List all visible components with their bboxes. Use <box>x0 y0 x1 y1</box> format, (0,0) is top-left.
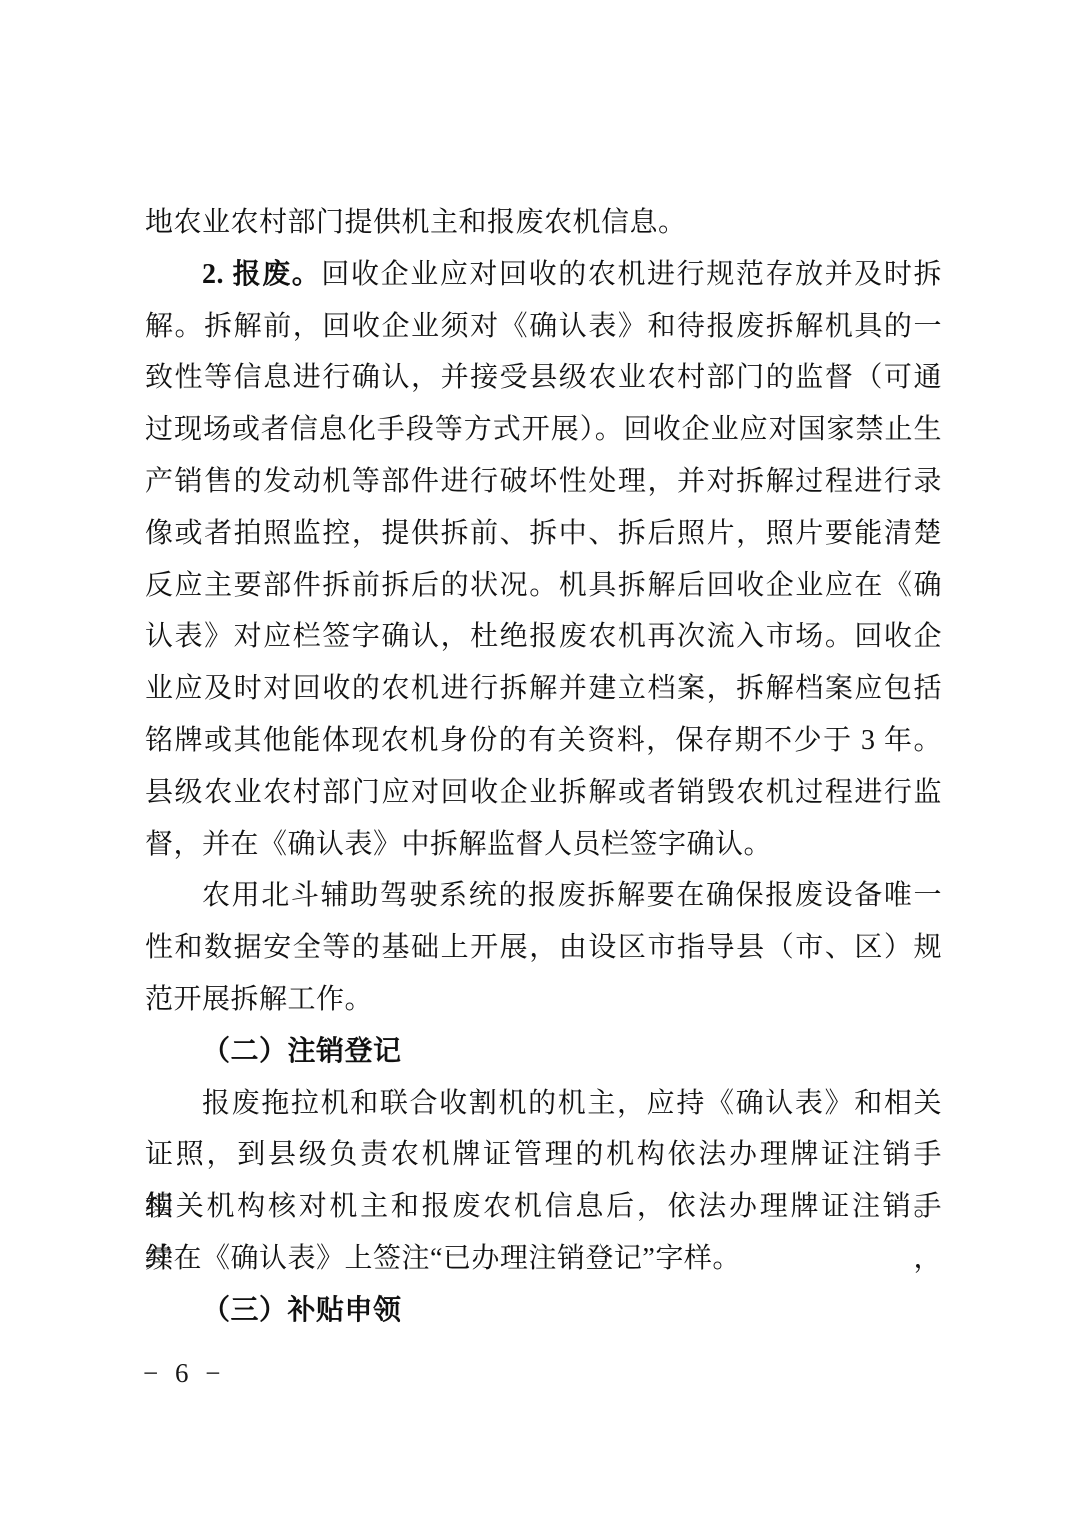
body-text: 认表》对应栏签字确认，杜绝报废农机再次流入市场。回收企 <box>145 621 942 652</box>
text-line: 督，并在《确认表》中拆解监督人员栏签字确认。 <box>145 819 942 871</box>
text-line: 致性等信息进行确认，并接受县级农业农村部门的监督（可通 <box>145 352 942 404</box>
emphasized-text: 2. 报废。 <box>202 259 321 290</box>
text-line: 反应主要部件拆前拆后的状况。机具拆解后回收企业应在《确 <box>145 560 942 612</box>
text-line: 范开展拆解工作。 <box>145 974 942 1026</box>
body-text: 报废拖拉机和联合收割机的机主，应持《确认表》和相关 <box>202 1088 942 1119</box>
text-line: 产销售的发动机等部件进行破坏性处理，并对拆解过程进行录 <box>145 456 942 508</box>
text-line: 铭牌或其他能体现农机身份的有关资料，保存期不少于 3 年。 <box>145 715 942 767</box>
text-line: 解。拆解前，回收企业须对《确认表》和待报废拆解机具的一 <box>145 301 942 353</box>
body-text: 解。拆解前，回收企业须对《确认表》和待报废拆解机具的一 <box>145 311 942 342</box>
document-body: 地农业农村部门提供机主和报废农机信息。2. 报废。回收企业应对回收的农机进行规范… <box>145 197 942 1337</box>
section-heading: （三）补贴申领 <box>145 1285 942 1337</box>
body-text: 致性等信息进行确认，并接受县级农业农村部门的监督（可通 <box>145 362 942 393</box>
text-line: 性和数据安全等的基础上开展，由设区市指导县（市、区）规 <box>145 922 942 974</box>
text-line: 业应及时对回收的农机进行拆解并建立档案，拆解档案应包括 <box>145 663 942 715</box>
body-text: 县级农业农村部门应对回收企业拆解或者销毁农机过程进行监 <box>145 777 942 808</box>
body-text: 农用北斗辅助驾驶系统的报废拆解要在确保报废设备唯一 <box>202 880 942 911</box>
text-line: 地农业农村部门提供机主和报废农机信息。 <box>145 197 942 249</box>
page-number: − 6 − <box>143 1356 222 1390</box>
body-text: 过现场或者信息化手段等方式开展）。回收企业应对国家禁止生 <box>145 414 942 445</box>
body-text: 像或者拍照监控，提供拆前、拆中、拆后照片，照片要能清楚 <box>145 518 942 549</box>
text-line: 农用北斗辅助驾驶系统的报废拆解要在确保报废设备唯一 <box>145 870 942 922</box>
text-line: 像或者拍照监控，提供拆前、拆中、拆后照片，照片要能清楚 <box>145 508 942 560</box>
body-text: 性和数据安全等的基础上开展，由设区市指导县（市、区）规 <box>145 932 942 963</box>
page-number-label: − 6 − <box>143 1358 222 1388</box>
text-line: 县级农业农村部门应对回收企业拆解或者销毁农机过程进行监 <box>145 767 942 819</box>
body-text: 地农业农村部门提供机主和报废农机信息。 <box>145 207 687 238</box>
document-page: 地农业农村部门提供机主和报废农机信息。2. 报废。回收企业应对回收的农机进行规范… <box>0 0 1074 1520</box>
text-line: 过现场或者信息化手段等方式开展）。回收企业应对国家禁止生 <box>145 404 942 456</box>
body-text: 回收企业应对回收的农机进行规范存放并及时拆 <box>321 259 942 290</box>
text-line: 证照，到县级负责农机牌证管理的机构依法办理牌证注销手续。 <box>145 1129 942 1181</box>
text-line: 认表》对应栏签字确认，杜绝报废农机再次流入市场。回收企 <box>145 611 942 663</box>
body-text: 产销售的发动机等部件进行破坏性处理，并对拆解过程进行录 <box>145 466 942 497</box>
body-text: 铭牌或其他能体现农机身份的有关资料，保存期不少于 3 年。 <box>145 725 942 756</box>
emphasized-text: （三）补贴申领 <box>202 1295 402 1326</box>
body-text: 业应及时对回收的农机进行拆解并建立档案，拆解档案应包括 <box>145 673 942 704</box>
emphasized-text: （二）注销登记 <box>202 1036 402 1067</box>
body-text: 反应主要部件拆前拆后的状况。机具拆解后回收企业应在《确 <box>145 570 942 601</box>
body-text: 督，并在《确认表》中拆解监督人员栏签字确认。 <box>145 829 772 860</box>
text-line: 相关机构核对机主和报废农机信息后，依法办理牌证注销手续， <box>145 1181 942 1233</box>
body-text: 并在《确认表》上签注“已办理注销登记”字样。 <box>145 1243 741 1274</box>
section-heading: （二）注销登记 <box>145 1026 942 1078</box>
text-line: 2. 报废。回收企业应对回收的农机进行规范存放并及时拆 <box>145 249 942 301</box>
text-line: 报废拖拉机和联合收割机的机主，应持《确认表》和相关 <box>145 1078 942 1130</box>
body-text: 范开展拆解工作。 <box>145 984 373 1015</box>
